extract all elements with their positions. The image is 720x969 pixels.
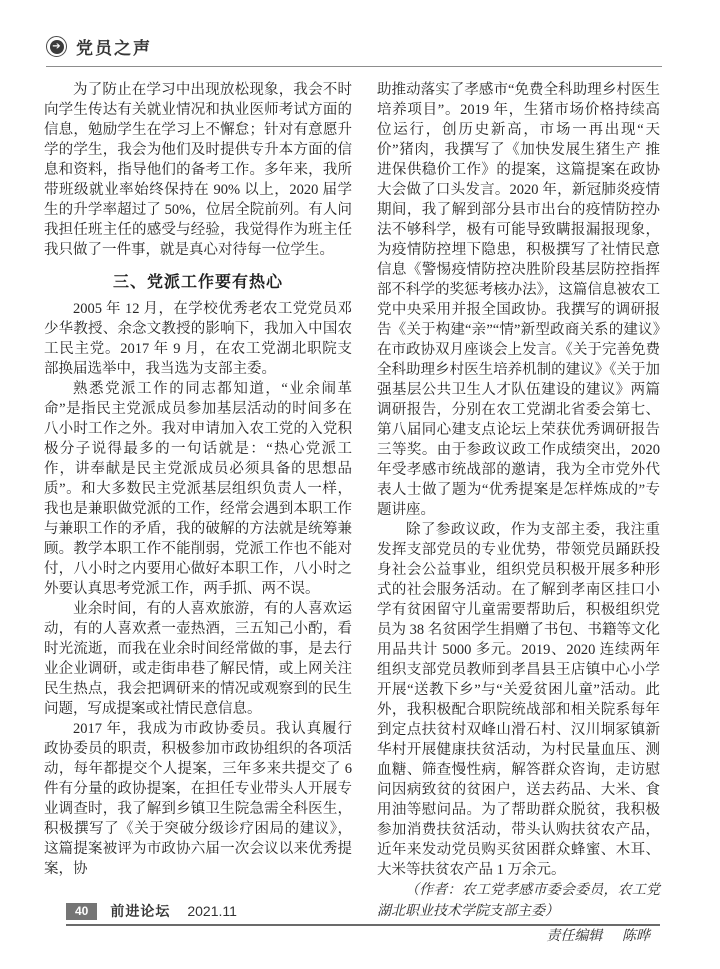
page-footer: 40 前进论坛 2021.11	[66, 901, 660, 926]
paragraph: 2005 年 12 月，在学校优秀老农工党党员邓少华教授、余念文教授的影响下，我…	[44, 299, 352, 379]
editor-name: 陈晔	[622, 929, 650, 944]
page-number-badge: 40	[66, 903, 97, 920]
arrow-right-circle-icon: ➔	[46, 36, 67, 57]
paragraph: 助推动落实了孝感市“免费全科助理乡村医生培养项目”。2019 年，生猪市场价格持…	[377, 80, 660, 520]
paragraph: 为了防止在学习中出现放松现象，我会不时向学生传达有关就业情况和执业医师考试方面的…	[44, 80, 352, 260]
editor-label: 责任编辑	[546, 929, 602, 944]
editor-credit: 责任编辑陈晔	[377, 926, 650, 947]
section-heading: 三、党派工作要有热心	[44, 269, 352, 292]
article-body: 为了防止在学习中出现放松现象，我会不时向学生传达有关就业情况和执业医师考试方面的…	[44, 80, 660, 947]
magazine-page: ➔ 党员之声 为了防止在学习中出现放松现象，我会不时向学生传达有关就业情况和执业…	[0, 0, 720, 969]
section-header: ➔ 党员之声	[46, 34, 662, 67]
right-column: 助推动落实了孝感市“免费全科助理乡村医生培养项目”。2019 年，生猪市场价格持…	[377, 80, 660, 947]
journal-name: 前进论坛	[110, 901, 170, 921]
paragraph: 除了参政议政，作为支部主委，我注重发挥支部党员的专业优势，带领党员踊跃投身社会公…	[377, 520, 660, 880]
section-title: 党员之声	[76, 34, 152, 59]
left-column: 为了防止在学习中出现放松现象，我会不时向学生传达有关就业情况和执业医师考试方面的…	[44, 80, 352, 947]
paragraph: 熟悉党派工作的同志都知道，“业余闹革命”是指民主党派成员参加基层活动的时间多在八…	[44, 379, 352, 599]
paragraph: 业余时间，有的人喜欢旅游，有的人喜欢运动，有的人喜欢煮一壶热酒，三五知己小酌，看…	[44, 599, 352, 719]
paragraph: 2017 年，我成为市政协委员。我认真履行政协委员的职责，积极参加市政协组织的各…	[44, 719, 352, 879]
issue-date: 2021.11	[187, 903, 237, 919]
